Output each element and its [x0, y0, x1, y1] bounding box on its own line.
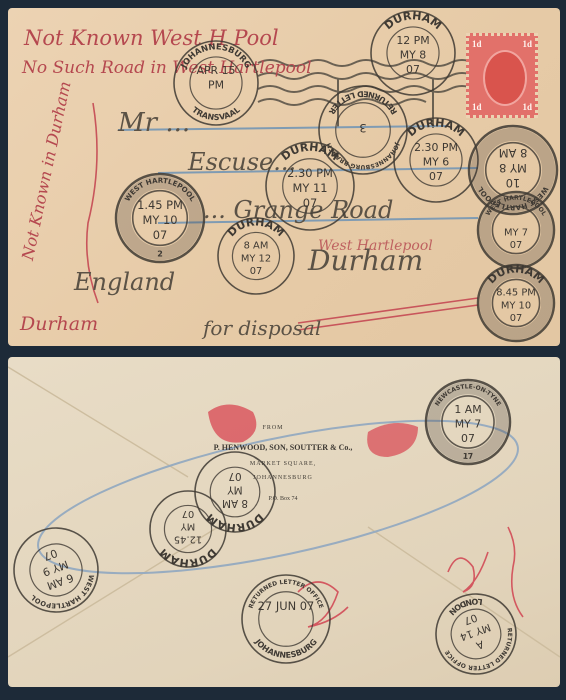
wax-seal-remnant-2 [367, 423, 418, 457]
svg-text:07: 07 [182, 508, 195, 519]
svg-text:07: 07 [228, 470, 241, 482]
handwriting-durham-red: Durham [20, 313, 98, 335]
svg-text:07: 07 [303, 196, 318, 210]
svg-text:MY 7: MY 7 [455, 418, 481, 431]
stamp-value: 1d [472, 39, 482, 49]
postmark-durham-12: DURHAM8 AMMY 1207 [213, 213, 299, 299]
svg-text:2.30 PM: 2.30 PM [287, 166, 333, 180]
svg-text:DURHAM: DURHAM [279, 141, 341, 164]
svg-text:27 JUN 07: 27 JUN 07 [258, 599, 315, 613]
svg-text:2: 2 [157, 250, 163, 259]
svg-text:07: 07 [406, 63, 420, 76]
stamp-value: 1d [522, 102, 532, 112]
svg-text:1.45 PM: 1.45 PM [137, 198, 183, 212]
svg-text:TRANSVAAL: TRANSVAAL [190, 105, 242, 122]
postage-stamp-1d: 1d 1d 1d 1d [466, 33, 538, 118]
svg-text:07: 07 [250, 266, 263, 277]
svg-text:8 AM: 8 AM [499, 146, 528, 160]
svg-text:PM: PM [208, 79, 224, 92]
svg-text:07: 07 [429, 170, 443, 183]
svg-text:12.45: 12.45 [174, 534, 202, 545]
svg-text:3: 3 [359, 121, 366, 135]
postmark-newcastle: NEWCASTLE-ON-TYNE171 AMMY 707 [421, 375, 515, 469]
handwriting-no-such-road: No Such Road in West Hartlepool [22, 58, 312, 78]
imprint-from: FROM [223, 425, 323, 431]
stamp-value: 1d [472, 102, 482, 112]
svg-text:MY 8: MY 8 [400, 49, 427, 62]
svg-text:MY: MY [180, 521, 196, 532]
svg-text:DURHAM: DURHAM [225, 215, 287, 239]
svg-text:DURHAM: DURHAM [157, 546, 219, 570]
svg-text:MY 6: MY 6 [423, 156, 450, 169]
king-portrait [483, 50, 527, 106]
svg-text:1 AM: 1 AM [454, 403, 481, 416]
envelope-front: 1d 1d 1d 1d Not Known West H Pool No Suc… [8, 8, 560, 346]
address-line-5: England [74, 268, 175, 296]
svg-text:DURHAM: DURHAM [485, 262, 547, 286]
address-line-4: Durham [308, 244, 423, 277]
svg-text:07: 07 [510, 240, 523, 251]
postmark-durham-back-2: DURHAM12.45MY07 [145, 486, 231, 572]
svg-text:APR 15: APR 15 [197, 64, 236, 77]
svg-text:DURHAM: DURHAM [405, 116, 467, 139]
svg-text:A: A [474, 638, 486, 652]
svg-text:MY 11: MY 11 [292, 181, 327, 195]
postmark-durham-10: DURHAM8.45 PMMY 1007 [473, 260, 559, 346]
stamp-value: 1d [522, 39, 532, 49]
address-note: for disposal [203, 316, 321, 340]
svg-text:12 PM: 12 PM [396, 34, 429, 47]
svg-text:07: 07 [510, 313, 523, 324]
svg-text:8.45 PM: 8.45 PM [496, 287, 536, 298]
postmark-johannesburg: JOHANNESBURGTRANSVAALAPR 15PM [169, 36, 263, 130]
envelope-back: FROM P. HENWOOD, SON, SOUTTER & Co., MAR… [8, 357, 560, 687]
svg-text:MY 7: MY 7 [504, 227, 528, 238]
svg-text:MY 10: MY 10 [501, 300, 531, 311]
svg-text:MY 8: MY 8 [499, 161, 527, 175]
postmark-returned-letter-office: RETURNED LETTER OFFICEJOHANNESBURG27 JUN… [237, 570, 335, 668]
svg-text:07: 07 [153, 228, 168, 242]
svg-text:2.30 PM: 2.30 PM [414, 141, 458, 154]
svg-text:07: 07 [461, 432, 475, 445]
svg-text:8 AM: 8 AM [244, 240, 269, 251]
svg-text:17: 17 [462, 452, 473, 461]
svg-text:DURHAM: DURHAM [382, 9, 444, 32]
postmark-west-hartlepool-10: WEST HARTLEPOOL21.45 PMMY 1007 [111, 169, 209, 267]
wax-seal-remnant-1 [208, 405, 256, 443]
svg-text:MY 10: MY 10 [142, 213, 177, 227]
svg-text:MY 12: MY 12 [241, 253, 271, 264]
